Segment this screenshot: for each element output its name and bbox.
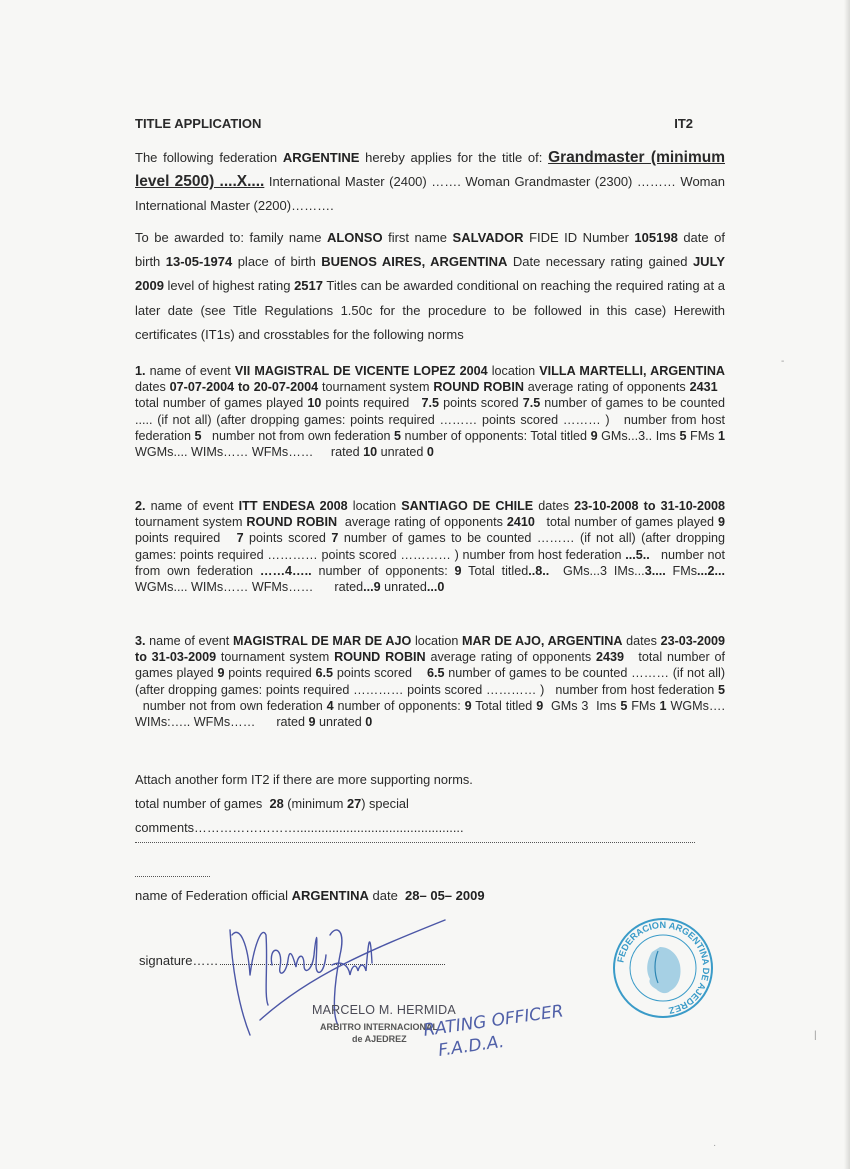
gms-count: GMs...3 xyxy=(563,564,607,578)
label: signature…… xyxy=(139,953,218,968)
official-value: ARGENTINA xyxy=(292,888,369,903)
label: Ims xyxy=(656,429,676,443)
federation-value: ARGENTINE xyxy=(283,150,360,165)
label: FIDE ID Number xyxy=(529,230,629,245)
attach-note: Attach another form IT2 if there are mor… xyxy=(135,768,725,792)
norm-1: 1. name of event VII MAGISTRAL DE VICENT… xyxy=(135,363,725,460)
label: total number of games xyxy=(135,796,262,811)
minimum-games-value: 27 xyxy=(347,796,361,811)
comments-dotted-line xyxy=(135,842,695,844)
tournament-system: ROUND ROBIN xyxy=(433,380,524,394)
fms-count: ...2... xyxy=(697,564,725,578)
average-rating: 2439 xyxy=(596,650,624,664)
fide-id-value: 105198 xyxy=(634,230,677,245)
event-dates: 23-03-2009 to 31-03-2009 xyxy=(135,634,725,664)
foreign-count: 5 xyxy=(394,429,401,443)
unrated-count: 0 xyxy=(427,445,434,459)
label: level of highest rating xyxy=(168,278,291,293)
official-line: name of Federation official ARGENTINA da… xyxy=(135,888,725,903)
application-paragraph: The following federation ARGENTINE hereb… xyxy=(135,146,725,219)
label: name of Federation official xyxy=(135,888,288,903)
total-titled: 9 xyxy=(536,699,543,713)
total-titled: ..8.. xyxy=(528,564,549,578)
rated-count: 10 xyxy=(363,445,377,459)
women-titles: WGMs.... WIMs…… WFMs…… xyxy=(135,445,313,459)
text: The following federation xyxy=(135,150,277,165)
ims-count: 3.... xyxy=(645,564,666,578)
scan-edge xyxy=(844,0,850,1169)
label: Ims xyxy=(596,699,616,713)
comments-dotted-line-short xyxy=(135,876,210,877)
host-federation-count: 5 xyxy=(718,683,725,697)
total-games-value: 28 xyxy=(269,796,283,811)
host-federation-count: 5 xyxy=(195,429,202,443)
average-rating: 2431 xyxy=(690,380,718,394)
family-name-value: ALONSO xyxy=(327,230,383,245)
unrated-count: ...0 xyxy=(427,580,445,594)
label: first name xyxy=(388,230,447,245)
women-titles: WGMs.... WIMs…… WFMs…… xyxy=(135,580,313,594)
scan-speck: ‑ xyxy=(781,356,784,367)
federation-seal-icon: FEDERACION ARGENTINA DE AJEDREZ xyxy=(612,917,714,1019)
foreign-count: 4 xyxy=(327,699,334,713)
tournament-system: ROUND ROBIN xyxy=(246,515,337,529)
scan-speck: | xyxy=(814,1030,817,1041)
points-required: 7.5 xyxy=(422,396,440,410)
form-code: IT2 xyxy=(674,116,693,131)
event-dates: 23-10-2008 to 31-10-2008 xyxy=(574,499,725,513)
norm-2: 2. name of event ITT ENDESA 2008 locatio… xyxy=(135,498,725,595)
opponents-count: 9 xyxy=(465,699,472,713)
official-stamp-name: MARCELO M. HERMIDA xyxy=(312,1003,456,1017)
event-location: MAR DE AJO, ARGENTINA xyxy=(462,634,622,648)
event-name: MAGISTRAL DE MAR DE AJO xyxy=(233,634,411,648)
dob-value: 13-05-1974 xyxy=(166,254,233,269)
candidate-paragraph: To be awarded to: family name ALONSO fir… xyxy=(135,226,725,347)
rated-count: 9 xyxy=(309,715,316,729)
label: To be awarded to: family name xyxy=(135,230,321,245)
norm-number: 3. xyxy=(135,634,146,648)
points-scored: 6.5 xyxy=(427,666,445,680)
norm-3: 3. name of event MAGISTRAL DE MAR DE AJO… xyxy=(135,633,725,730)
norm-number: 1. xyxy=(135,364,146,378)
games-played: 10 xyxy=(307,396,321,410)
label: place of birth xyxy=(238,254,316,269)
event-name: VII MAGISTRAL DE VICENTE LOPEZ 2004 xyxy=(235,364,488,378)
form-header: TITLE APPLICATION IT2 xyxy=(135,116,693,131)
rated-count: ...9 xyxy=(363,580,381,594)
label: IMs... xyxy=(614,564,645,578)
label: Date necessary rating gained xyxy=(513,254,688,269)
games-played: 9 xyxy=(217,666,224,680)
date-value: 28– 05– 2009 xyxy=(405,888,485,903)
points-scored: 7 xyxy=(331,531,338,545)
games-played: 9 xyxy=(718,515,725,529)
event-location: SANTIAGO DE CHILE xyxy=(401,499,533,513)
women-titles: WGMs…. WIMs:….. WFMs…… xyxy=(135,699,725,729)
official-stamp-title: ARBITRO INTERNACIONAL xyxy=(320,1022,438,1032)
ims-count: 5 xyxy=(679,429,686,443)
footer-section: Attach another form IT2 if there are mor… xyxy=(135,768,725,841)
gms-count: GMs 3 xyxy=(551,699,588,713)
points-required: 7 xyxy=(237,531,244,545)
label: date xyxy=(373,888,398,903)
form-title: TITLE APPLICATION xyxy=(135,116,261,131)
title-application-form: TITLE APPLICATION IT2 The following fede… xyxy=(0,0,850,1169)
gms-count: GMs...3.. xyxy=(601,429,652,443)
label: ) special xyxy=(361,796,409,811)
points-required: 6.5 xyxy=(316,666,334,680)
host-federation-count: ...5.. xyxy=(625,548,650,562)
highest-rating-value: 2517 xyxy=(294,278,323,293)
pob-value: BUENOS AIRES, ARGENTINA xyxy=(321,254,507,269)
average-rating: 2410 xyxy=(507,515,535,529)
tournament-system: ROUND ROBIN xyxy=(334,650,426,664)
label: (minimum xyxy=(287,796,343,811)
fms-count: 1 xyxy=(660,699,667,713)
ims-count: 5 xyxy=(620,699,627,713)
points-scored: 7.5 xyxy=(523,396,541,410)
norm-number: 2. xyxy=(135,499,146,513)
official-stamp-subtitle: de AJEDREZ xyxy=(352,1034,407,1044)
unrated-count: 0 xyxy=(365,715,372,729)
first-name-value: SALVADOR xyxy=(453,230,524,245)
text: hereby applies for the title of: xyxy=(365,150,542,165)
foreign-count: ……4….. xyxy=(260,564,312,578)
event-name: ITT ENDESA 2008 xyxy=(239,499,348,513)
comments-line: comments……………………........................… xyxy=(135,816,725,840)
opponents-count: 9 xyxy=(455,564,462,578)
fms-count: 1 xyxy=(718,429,725,443)
total-titled: 9 xyxy=(591,429,598,443)
event-dates: 07-07-2004 to 20-07-2004 xyxy=(170,380,318,394)
total-games-line: total number of games 28 (minimum 27) sp… xyxy=(135,792,725,816)
event-location: VILLA MARTELLI, ARGENTINA xyxy=(539,364,725,378)
scan-speck: · xyxy=(713,1140,716,1151)
